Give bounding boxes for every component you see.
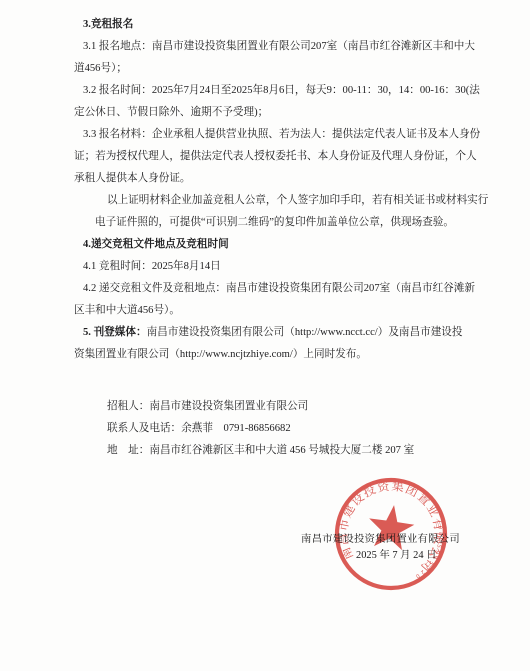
text-segment: 4.递交竞租文件地点及竞租时间 bbox=[83, 239, 229, 250]
doc-line: 4.1 竞租时间：2025年8月14日 bbox=[74, 256, 488, 278]
paragraph-heading: 3.竞租报名 bbox=[74, 14, 488, 36]
paragraph-item: 3.3 报名材料：企业承租人提供营业执照、若为法人：提供法定代表人证书及本人身份… bbox=[74, 124, 488, 190]
text-segment: 道456号）； bbox=[74, 63, 127, 74]
text-segment: 承租人提供本人身份证。 bbox=[74, 173, 191, 184]
paragraph-note: 以上证明材料企业加盖竞租人公章，个人签字加印手印，若有相关证书或材料实行电子证件… bbox=[74, 190, 488, 234]
paragraph-item: 4.2 递交竞租文件及竞租地点：南昌市建设投资集团有限公司207室（南昌市红谷滩… bbox=[74, 278, 488, 322]
doc-line: 资集团置业有限公司（http://www.ncjtzhiye.com/）上同时发… bbox=[74, 344, 488, 366]
text-segment: 3.竞租报名 bbox=[83, 19, 133, 30]
signature-date: 2025 年 7 月 24 日 bbox=[356, 549, 437, 563]
doc-line: 4.递交竞租文件地点及竞租时间 bbox=[74, 234, 488, 256]
doc-line: 3.竞租报名 bbox=[74, 14, 488, 36]
paragraph-item: 5. 刊登媒体：南昌市建设投资集团有限公司（http://www.ncct.cc… bbox=[74, 322, 488, 366]
doc-line: 3.1 报名地点：南昌市建设投资集团置业有限公司207室（南昌市红谷滩新区丰和中… bbox=[74, 36, 488, 58]
doc-line: 3.2 报名时间：2025年7月24日至2025年8月6日，每天9：00-11：… bbox=[74, 80, 488, 102]
text-segment: 4.2 递交竞租文件及竞租地点：南昌市建设投资集团有限公司207室（南昌市红谷滩… bbox=[83, 283, 475, 294]
doc-line: 区丰和中大道456号）。 bbox=[74, 300, 488, 322]
paragraph-item: 3.2 报名时间：2025年7月24日至2025年8月6日，每天9：00-11：… bbox=[74, 80, 488, 124]
doc-line: 招租人：南昌市建设投资集团置业有限公司 bbox=[107, 396, 488, 418]
paragraph-heading: 4.递交竞租文件地点及竞租时间 bbox=[74, 234, 488, 256]
text-segment: 证；若为授权代理人，提供法定代表人授权委托书、本人身份证及代理人身份证，个人 bbox=[74, 151, 477, 162]
text-segment: 3.1 报名地点：南昌市建设投资集团置业有限公司207室（南昌市红谷滩新区丰和中… bbox=[83, 41, 475, 52]
text-segment: 联系人及电话：余燕菲 0791-86856682 bbox=[107, 423, 291, 434]
paragraph-item: 4.1 竞租时间：2025年8月14日 bbox=[74, 256, 488, 278]
document-page: 3.竞租报名3.1 报名地点：南昌市建设投资集团置业有限公司207室（南昌市红谷… bbox=[0, 0, 530, 671]
text-segment: 以上证明材料企业加盖竞租人公章，个人签字加印手印，若有相关证书或材料实行 bbox=[107, 195, 488, 206]
text-segment: 3.2 报名时间：2025年7月24日至2025年8月6日，每天9：00-11：… bbox=[83, 85, 480, 96]
text-segment: 南昌市建设投资集团有限公司（http://www.ncct.cc/）及南昌市建设… bbox=[147, 327, 463, 338]
paragraph-item: 3.1 报名地点：南昌市建设投资集团置业有限公司207室（南昌市红谷滩新区丰和中… bbox=[74, 36, 488, 80]
doc-line: 地 址：南昌市红谷滩新区丰和中大道 456 号城投大厦二楼 207 室 bbox=[107, 440, 488, 462]
signature-company: 南昌市建设投资集团置业有限公司 bbox=[301, 533, 457, 547]
doc-line: 联系人及电话：余燕菲 0791-86856682 bbox=[107, 418, 488, 440]
doc-line: 定公休日、节假日除外、逾期不予受理)； bbox=[74, 102, 488, 124]
doc-line: 4.2 递交竞租文件及竞租地点：南昌市建设投资集团有限公司207室（南昌市红谷滩… bbox=[74, 278, 488, 300]
text-segment: 招租人：南昌市建设投资集团置业有限公司 bbox=[107, 401, 308, 412]
paragraph-contact: 招租人：南昌市建设投资集团置业有限公司联系人及电话：余燕菲 0791-86856… bbox=[74, 396, 488, 462]
doc-line: 以上证明材料企业加盖竞租人公章，个人签字加印手印，若有相关证书或材料实行 bbox=[95, 190, 488, 212]
text-segment: 3.3 报名材料：企业承租人提供营业执照、若为法人：提供法定代表人证书及本人身份 bbox=[83, 129, 480, 140]
doc-line: 承租人提供本人身份证。 bbox=[74, 168, 488, 190]
doc-line: 证；若为授权代理人，提供法定代表人授权委托书、本人身份证及代理人身份证，个人 bbox=[74, 146, 488, 168]
doc-line: 道456号）； bbox=[74, 58, 488, 80]
text-segment: 电子证件照的，可提供“可识别二维码”的复印件加盖单位公章，供现场查验。 bbox=[95, 217, 454, 228]
doc-line: 电子证件照的，可提供“可识别二维码”的复印件加盖单位公章，供现场查验。 bbox=[95, 212, 488, 234]
doc-line: 5. 刊登媒体：南昌市建设投资集团有限公司（http://www.ncct.cc… bbox=[74, 322, 488, 344]
document-body: 3.竞租报名3.1 报名地点：南昌市建设投资集团置业有限公司207室（南昌市红谷… bbox=[74, 14, 488, 462]
text-segment: 定公休日、节假日除外、逾期不予受理)； bbox=[74, 107, 268, 118]
text-segment: 资集团置业有限公司（http://www.ncjtzhiye.com/）上同时发… bbox=[74, 349, 367, 360]
text-segment: 地 址：南昌市红谷滩新区丰和中大道 456 号城投大厦二楼 207 室 bbox=[107, 445, 414, 456]
text-segment: 4.1 竞租时间：2025年8月14日 bbox=[83, 261, 221, 272]
doc-line: 3.3 报名材料：企业承租人提供营业执照、若为法人：提供法定代表人证书及本人身份 bbox=[74, 124, 488, 146]
text-segment: 5. 刊登媒体： bbox=[83, 327, 147, 338]
text-segment: 区丰和中大道456号）。 bbox=[74, 305, 180, 316]
